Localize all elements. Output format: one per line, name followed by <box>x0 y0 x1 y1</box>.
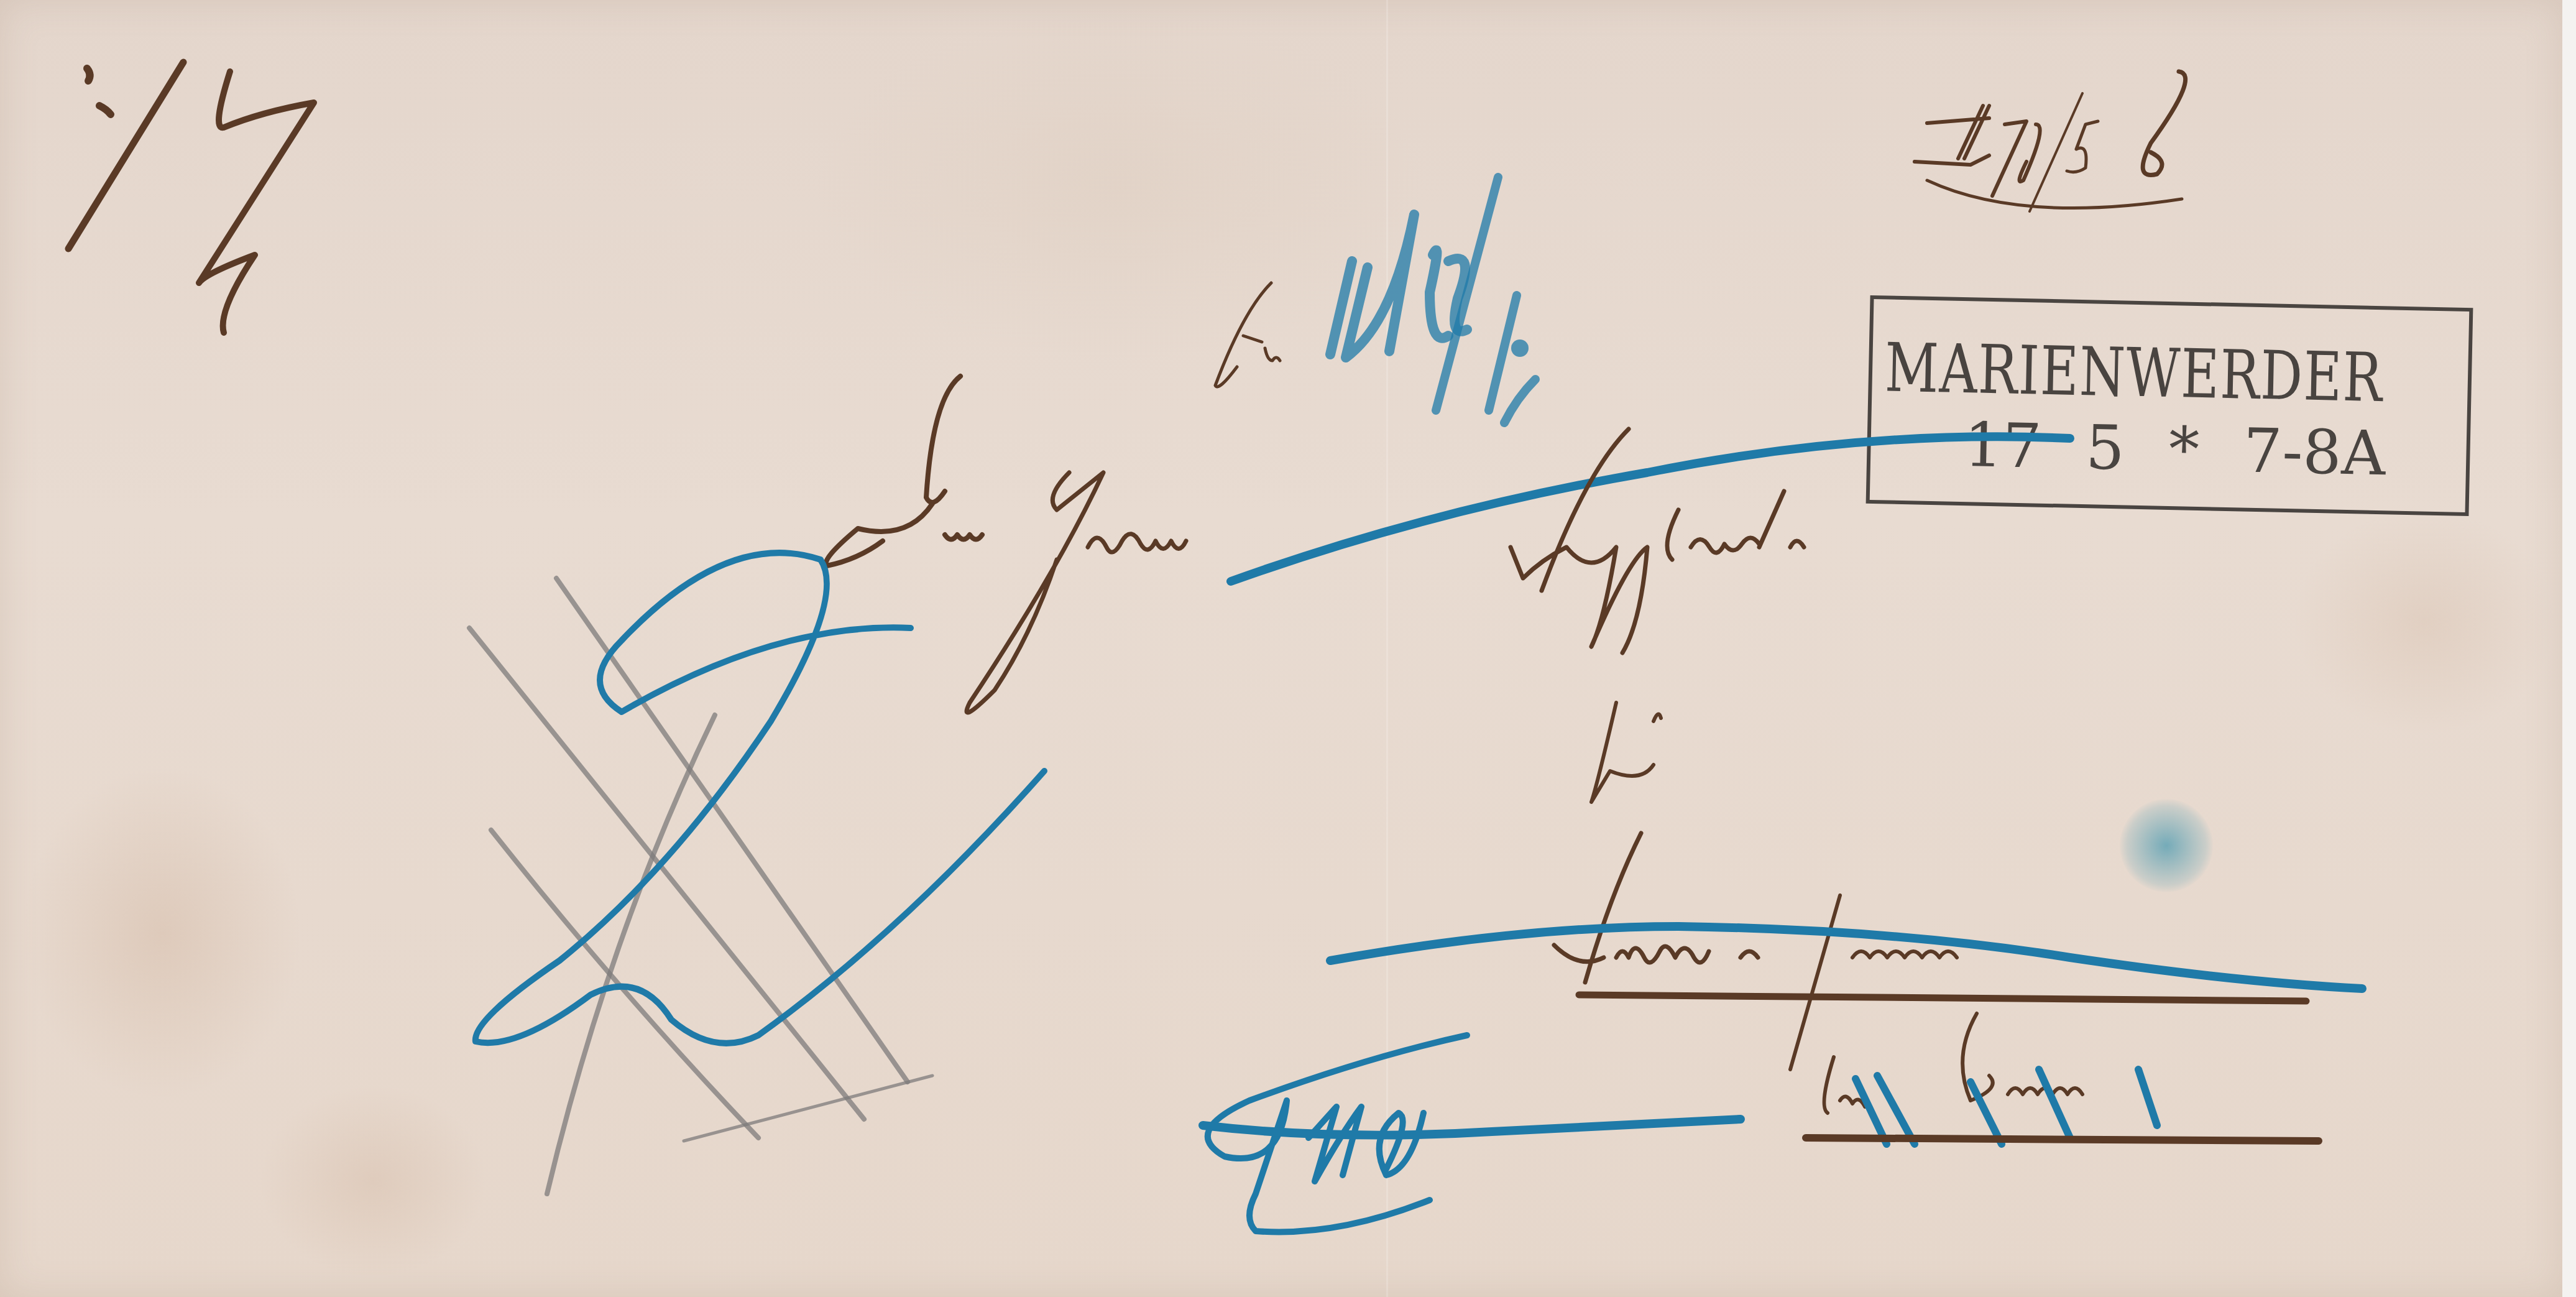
linsker-strokes <box>1554 833 1758 982</box>
herrn-strokes <box>826 376 982 566</box>
docket-strokes <box>1915 72 2186 211</box>
rate-mark-strokes <box>68 62 314 333</box>
strike-name-line <box>1231 436 2070 581</box>
hauzella-strokes <box>1790 895 1957 1069</box>
handwriting-strokes <box>0 0 2576 1297</box>
strike-czersk-line-brown <box>1806 1138 2319 1141</box>
return-note-strokes <box>1330 177 1535 423</box>
an-strokes <box>1215 283 1280 387</box>
strike-place-line-blue <box>1330 926 2362 989</box>
przylarski-strokes <box>1511 429 1804 653</box>
johann-strokes <box>967 473 1186 713</box>
strike-czersk-blue <box>1856 1069 2157 1144</box>
blue-numeral-2-strokes <box>476 553 1044 1043</box>
zu-strokes <box>1591 703 1661 802</box>
strike-place-line-brown <box>1579 995 2306 1001</box>
